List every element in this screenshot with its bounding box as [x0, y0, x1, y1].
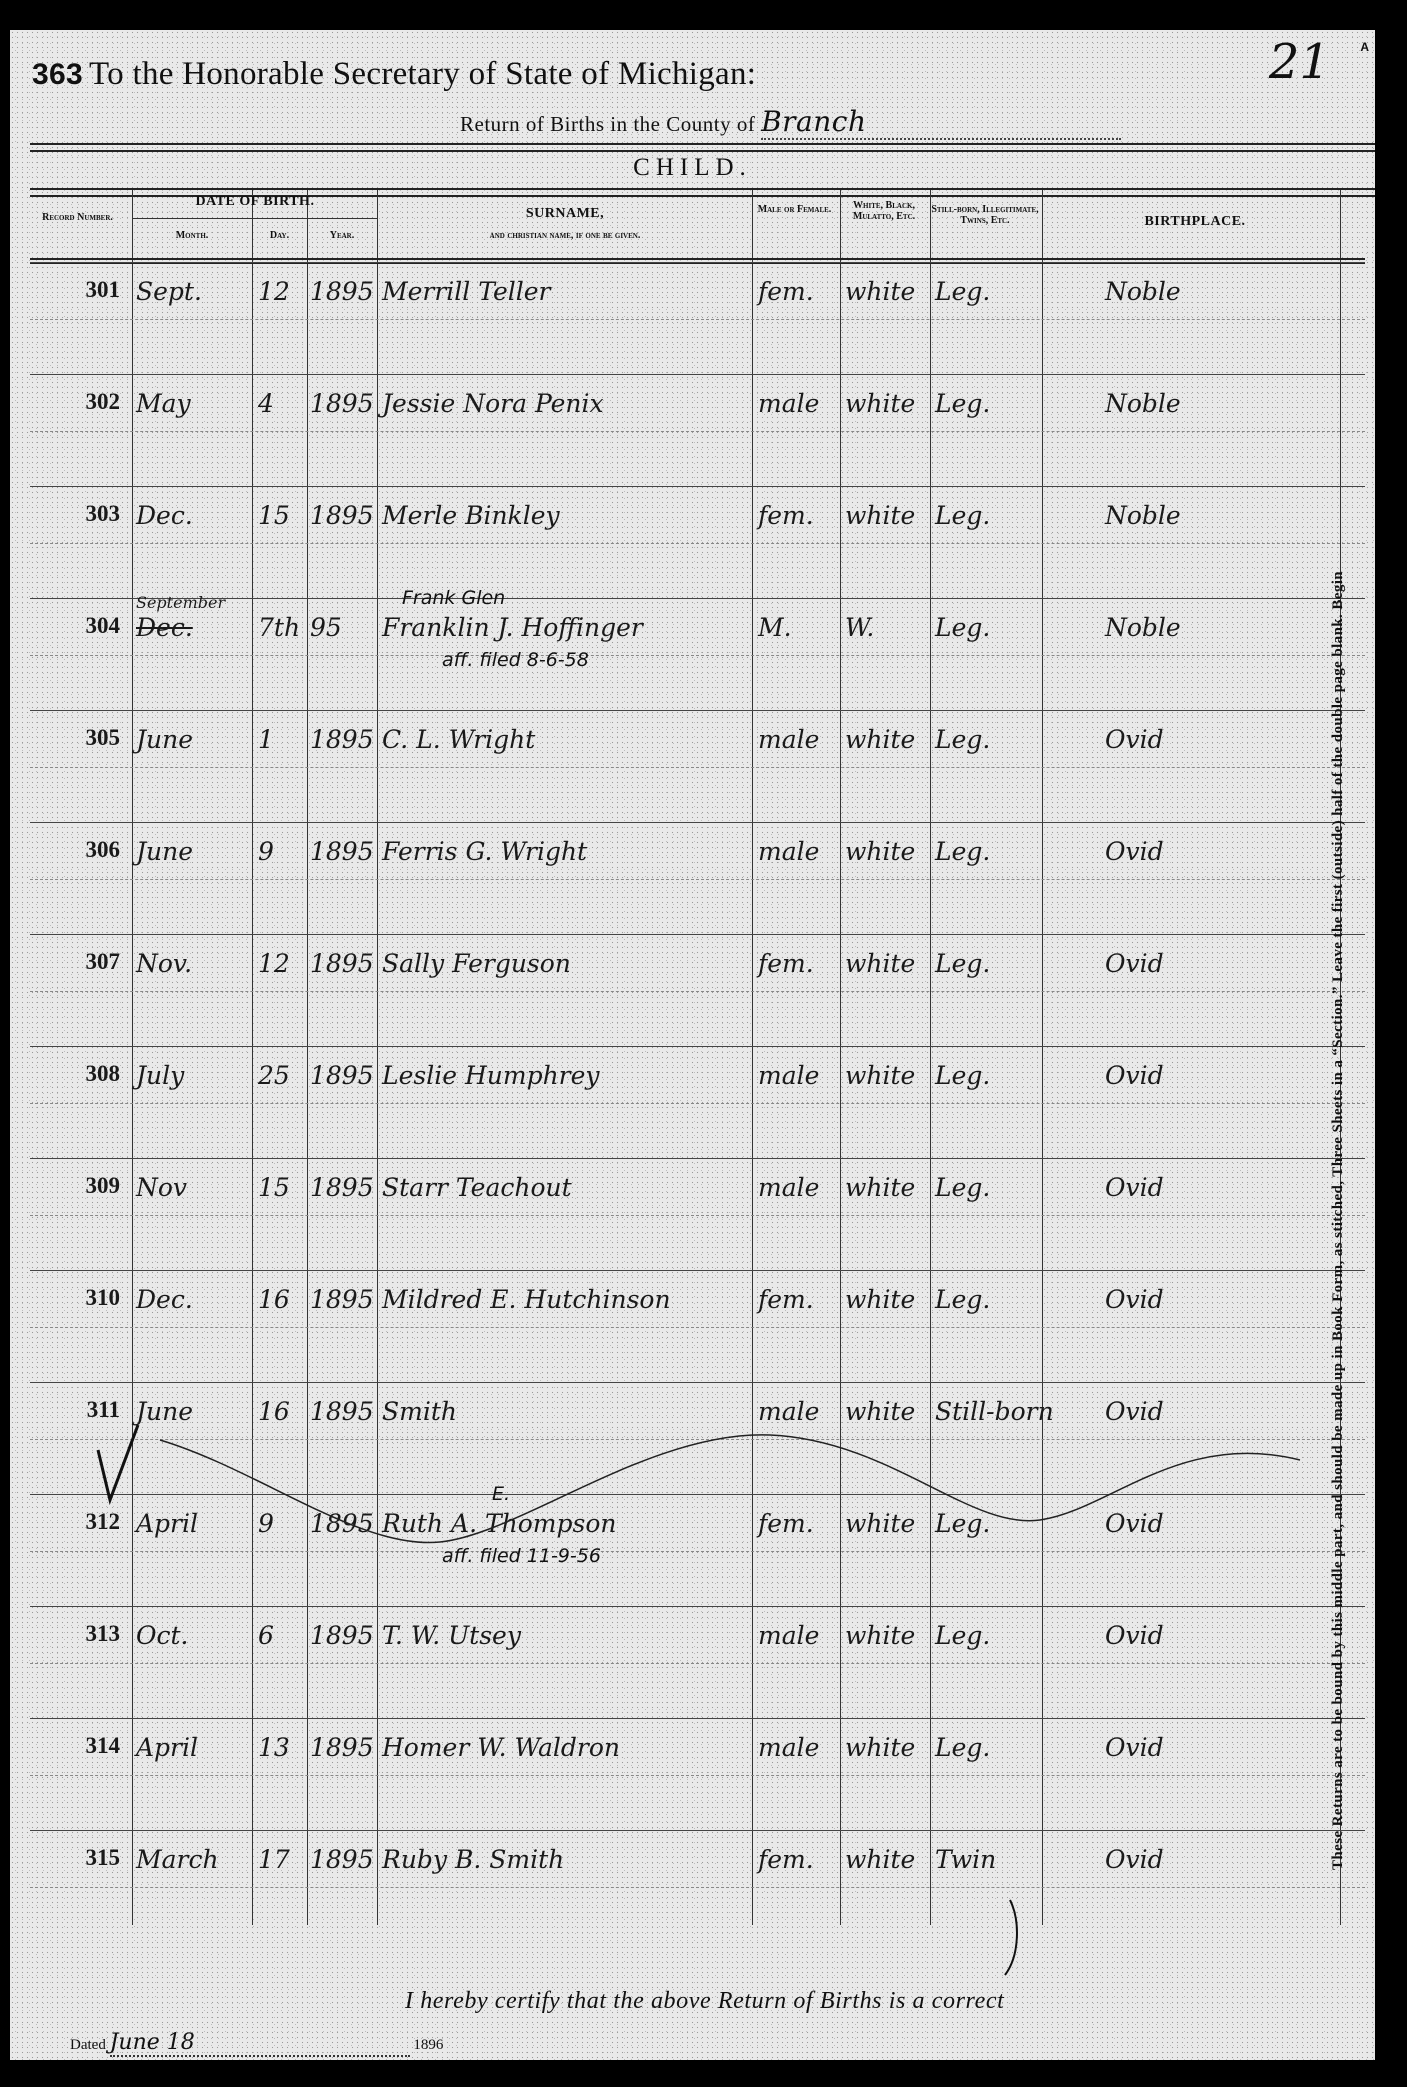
birth-return-page: 363To the Honorable Secretary of State o… — [10, 30, 1375, 2060]
stillbirth-strike-curve — [10, 30, 1375, 2060]
